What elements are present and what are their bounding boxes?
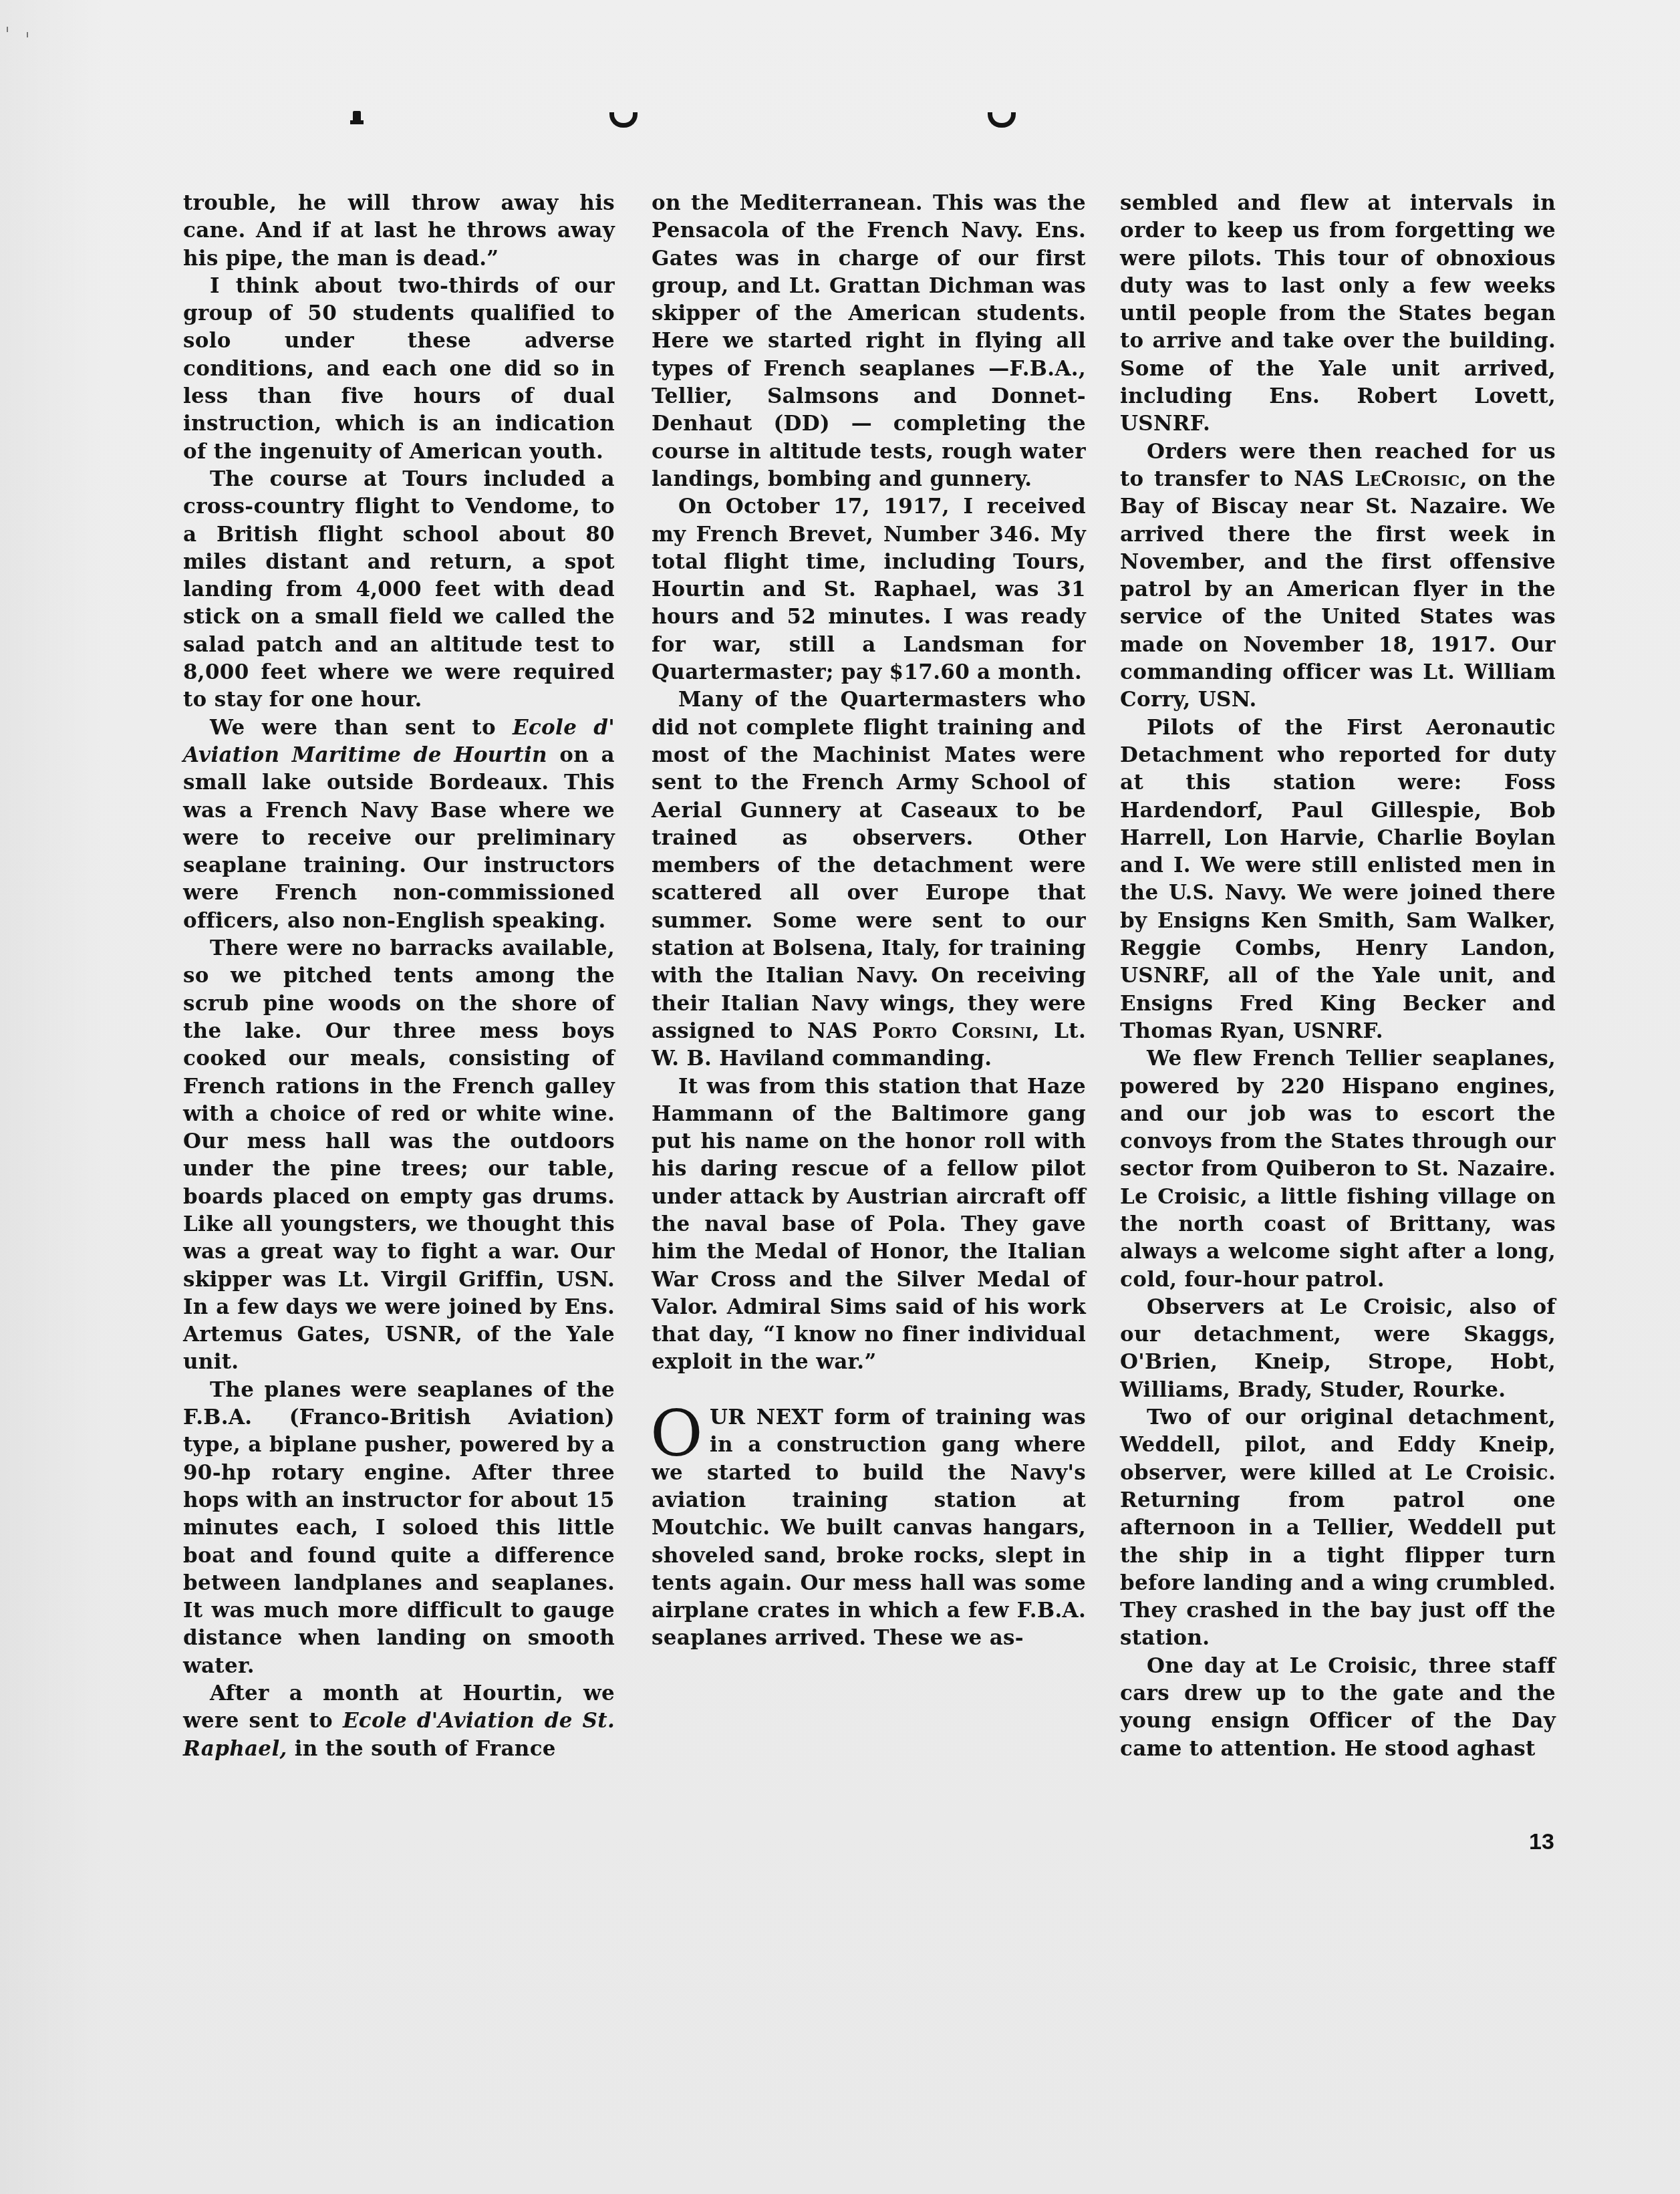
article-paragraph: We flew French Tellier seaplanes, powere… <box>1120 1045 1556 1294</box>
title-glyph-fragment <box>988 112 1016 128</box>
article-paragraph: Observers at Le Croisic, also of our det… <box>1120 1294 1556 1404</box>
article-paragraph: One day at Le Croisic, three staff cars … <box>1120 1653 1556 1763</box>
text-segment: The planes were seaplanes of the F.B.A. … <box>183 1378 615 1678</box>
text-segment: On October 17, 1917, I received my Frenc… <box>652 495 1086 684</box>
lead-in-caps: UR NEXT <box>710 1405 823 1429</box>
text-segment: There were no barracks available, so we … <box>183 936 615 1374</box>
text-segment: on the Mediterranean. This was the Pensa… <box>652 191 1086 491</box>
text-segment: We were than sent to <box>210 716 513 740</box>
text-segment: Many of the Quartermasters who did not c… <box>652 688 1086 1043</box>
text-segment: I think about two-thirds of our group of… <box>183 274 615 464</box>
text-segment: Pilots of the First Aeronautic Detachmen… <box>1120 716 1556 1043</box>
text-segment: sembled and flew at intervals in order t… <box>1120 191 1556 436</box>
cropped-title-fragments <box>0 100 1680 134</box>
text-segment: It was from this station that Haze Hamma… <box>652 1075 1086 1375</box>
article-paragraph: on the Mediterranean. This was the Pensa… <box>652 190 1086 493</box>
text-segment: The course at Tours included a cross-cou… <box>183 467 615 712</box>
magazine-page: trouble, he will throw away his cane. An… <box>0 0 1680 2194</box>
text-segment: in the south of France <box>287 1737 556 1761</box>
article-paragraph: It was from this station that Haze Hamma… <box>652 1073 1086 1377</box>
text-segment: Observers at Le Croisic, also of our det… <box>1120 1295 1556 1402</box>
section-break <box>652 1377 1086 1404</box>
scan-speck <box>27 32 28 37</box>
article-paragraph: Two of our original detachment, Weddell,… <box>1120 1404 1556 1653</box>
article-paragraph: Many of the Quartermasters who did not c… <box>652 686 1086 1073</box>
article-paragraph: trouble, he will throw away his cane. An… <box>183 190 615 273</box>
article-paragraph: The course at Tours included a cross-cou… <box>183 466 615 714</box>
article-paragraph: I think about two-thirds of our group of… <box>183 273 615 466</box>
text-segment: Porto Corsini <box>872 1019 1032 1043</box>
text-segment: We flew French Tellier seaplanes, powere… <box>1120 1047 1556 1291</box>
scan-speck <box>7 27 8 32</box>
text-segment: , on the Bay of Biscay near St. Nazaire.… <box>1120 467 1556 712</box>
article-paragraph: Pilots of the First Aeronautic Detachmen… <box>1120 714 1556 1046</box>
text-column-left: trouble, he will throw away his cane. An… <box>183 190 615 1763</box>
drop-cap: O <box>650 1408 703 1459</box>
title-glyph-fragment <box>609 112 638 128</box>
title-glyph-fragment <box>353 111 361 124</box>
article-paragraph: Orders were then reached for us to trans… <box>1120 438 1556 714</box>
section-opening-paragraph: OUR NEXT form of training was in a const… <box>652 1404 1086 1653</box>
text-segment: trouble, he will throw away his cane. An… <box>183 191 615 271</box>
text-column-right: sembled and flew at intervals in order t… <box>1120 190 1556 1763</box>
text-column-middle: on the Mediterranean. This was the Pensa… <box>652 190 1086 1653</box>
text-segment: form of training was in a construction g… <box>652 1405 1086 1650</box>
article-paragraph: The planes were seaplanes of the F.B.A. … <box>183 1377 615 1680</box>
article-paragraph: After a month at Hourtin, we were sent t… <box>183 1680 615 1763</box>
article-paragraph: We were than sent to Ecole d' Aviation M… <box>183 714 615 935</box>
text-segment: on a small lake outside Bordeaux. This w… <box>183 743 615 933</box>
text-segment: LeCroisic <box>1355 467 1459 491</box>
page-number: 13 <box>1529 1829 1554 1855</box>
text-segment: One day at Le Croisic, three staff cars … <box>1120 1654 1556 1761</box>
text-segment: Two of our original detachment, Weddell,… <box>1120 1405 1556 1650</box>
article-paragraph: There were no barracks available, so we … <box>183 935 615 1377</box>
article-paragraph: On October 17, 1917, I received my Frenc… <box>652 493 1086 686</box>
article-paragraph: sembled and flew at intervals in order t… <box>1120 190 1556 438</box>
